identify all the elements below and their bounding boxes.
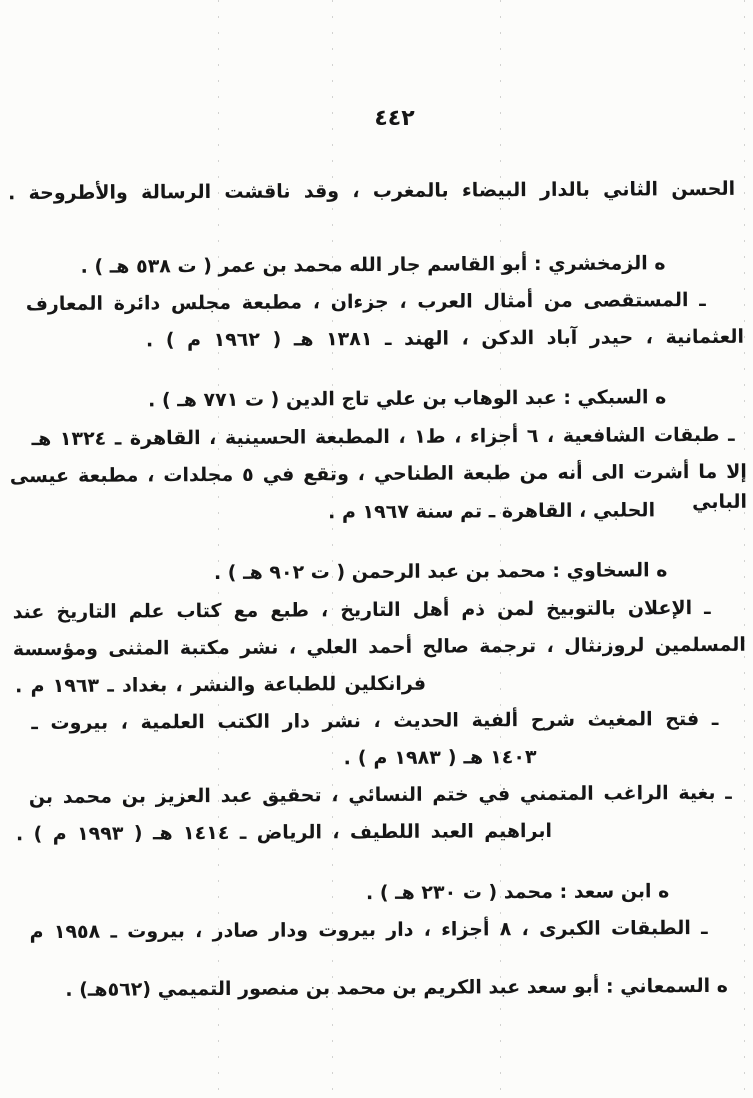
- work-entry-first-line: ـ بغية الراغب المتمني في ختم النسائي ، ت…: [4, 778, 753, 813]
- work-entry-continuation-line: فرانكلين للطباعة والنشر ، بغداد ـ ١٩٦٣ م…: [3, 667, 753, 702]
- page-number: ٤٤٢: [18, 0, 753, 138]
- author-entry-heading: ه الزمخشري : أبو القاسم جار الله محمد بن…: [0, 248, 753, 283]
- bibliography-text-block: الحسن الثاني بالدار البيضاء بالمغرب ، وق…: [0, 174, 753, 1006]
- author-entry-heading: ه السمعاني : أبو سعد عبد الكريم بن محمد …: [5, 971, 753, 1006]
- work-entry-first-line: ـ المستقصى من أمثال العرب ، جزءان ، مطبع…: [1, 285, 753, 320]
- work-entry-continuation-line: المسلمين لروزنثال ، ترجمة صالح أحمد العل…: [3, 630, 753, 665]
- scanned-page: ٤٤٢ الحسن الثاني بالدار البيضاء بالمغرب …: [0, 0, 753, 1098]
- work-entry-first-line: ـ الطبقات الكبرى ، ٨ أجزاء ، دار بيروت و…: [5, 913, 753, 948]
- author-entry-heading: ه ابن سعد : محمد ( ت ٢٣٠ هـ ) .: [4, 876, 753, 911]
- work-entry-continuation-line: ١٤٠٣ هـ ( ١٩٨٣ م ) .: [3, 741, 753, 776]
- work-entry-continuation-line: ابراهيم العبد اللطيف ، الرياض ـ ١٤١٤ هـ …: [4, 815, 753, 850]
- continuation-line: الحسن الثاني بالدار البيضاء بالمغرب ، وق…: [0, 174, 753, 209]
- work-entry-first-line: ـ فتح المغيث شرح ألفية الحديث ، نشر دار …: [3, 704, 753, 739]
- work-entry-continuation-line: الحلبي ، القاهرة ـ تم سنة ١٩٦٧ م .: [2, 495, 753, 530]
- author-entry-heading: ه السبكي : عبد الوهاب بن علي تاج الدين (…: [1, 382, 753, 417]
- work-entry-first-line: ـ طبقات الشافعية ، ٦ أجزاء ، ط١ ، المطبع…: [2, 420, 753, 455]
- author-entry-heading: ه السخاوي : محمد بن عبد الرحمن ( ت ٩٠٢ ه…: [2, 555, 753, 590]
- work-entry-continuation-line: إلا ما أشرت الى أنه من طبعة الطناحي ، وت…: [2, 457, 753, 492]
- work-entry-continuation-line: العثمانية ، حيدر آباد الدكن ، الهند ـ ١٣…: [1, 322, 753, 357]
- work-entry-first-line: ـ الإعلان بالتوبيخ لمن ذم أهل التاريخ ، …: [3, 593, 753, 628]
